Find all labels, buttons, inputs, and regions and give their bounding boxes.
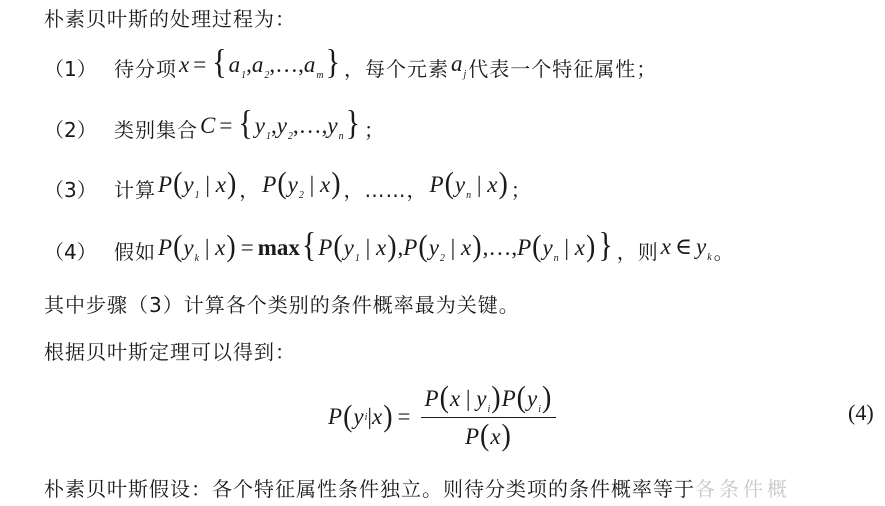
step-4-text-before: 假如 xyxy=(114,237,156,267)
step-3-term-n: P(yn | x) xyxy=(430,169,509,211)
step-3-sep: ， xyxy=(239,175,260,205)
step-3-text-before: 计算 xyxy=(114,175,156,205)
step-2-text-before: 类别集合 xyxy=(114,115,198,145)
equation-number: (4) xyxy=(848,400,874,426)
step-4-text-after: 。 xyxy=(714,237,735,267)
step-1-text-mid: ，每个元素 xyxy=(344,54,449,84)
step-2: （2） 类别集合 C={y1,y2,…,yn} ； xyxy=(44,115,385,145)
fraction-denominator: P(x) xyxy=(465,418,512,452)
fraction-numerator: P(x | yi)P(yi) xyxy=(421,382,557,418)
step-1-number: （1） xyxy=(44,54,114,84)
step-3: （3） 计算 P(y1 | x) ， P(y2 | x) ， …… ， P(yn… xyxy=(44,175,532,205)
step-3-term-2: P(y2 | x) xyxy=(262,169,341,211)
step-3-dots: …… xyxy=(365,175,407,205)
paragraph-assumption: 朴素贝叶斯假设：各个特征属性条件独立。则待分类项的条件概率等于各条件概 xyxy=(44,474,791,504)
paragraph-key-step: 其中步骤（3）计算各个类别的条件概率最为关键。 xyxy=(44,290,520,320)
intro-text: 朴素贝叶斯的处理过程为： xyxy=(44,4,296,34)
step-1-text-before: 待分项 xyxy=(114,54,177,84)
step-2-formula: C={y1,y2,…,yn} xyxy=(200,109,362,152)
step-4: （4） 假如 P(yk | x)=max{P(y1 | x),P(y2 | x)… xyxy=(44,237,735,267)
step-1-text-after: 代表一个特征属性； xyxy=(468,54,657,84)
step-3-sep: ， xyxy=(407,175,428,205)
step-4-formula: P(yk | x)=max{P(y1 | x),P(y2 | x),…,P(yn… xyxy=(158,231,615,274)
step-1: （1） 待分项 x={a1,a2,…,am} ，每个元素 aj 代表一个特征属性… xyxy=(44,54,657,84)
step-4-number: （4） xyxy=(44,237,114,267)
step-4-conclusion: x∈yk xyxy=(661,232,712,273)
step-3-number: （3） xyxy=(44,175,114,205)
step-1-formula: x={a1,a2,…,am} xyxy=(179,48,342,91)
bayes-equation: P(yi | x)= P(x | yi)P(yi) P(x) xyxy=(328,382,556,452)
step-3-term-1: P(y1 | x) xyxy=(158,169,237,211)
step-4-text-then: ，则 xyxy=(617,237,659,267)
step-2-text-after: ； xyxy=(364,115,385,145)
bayes-fraction: P(x | yi)P(yi) P(x) xyxy=(421,382,557,452)
step-3-sep: ， xyxy=(344,175,365,205)
paragraph-bayes-intro: 根据贝叶斯定理可以得到： xyxy=(44,337,296,367)
step-1-element-var: aj xyxy=(451,49,466,90)
assumption-text: 朴素贝叶斯假设：各个特征属性条件独立。则待分类项的条件概率等于 xyxy=(44,474,695,504)
step-3-text-after: ； xyxy=(511,175,532,205)
step-2-number: （2） xyxy=(44,115,114,145)
assumption-faded-text: 各条件概 xyxy=(695,474,791,504)
